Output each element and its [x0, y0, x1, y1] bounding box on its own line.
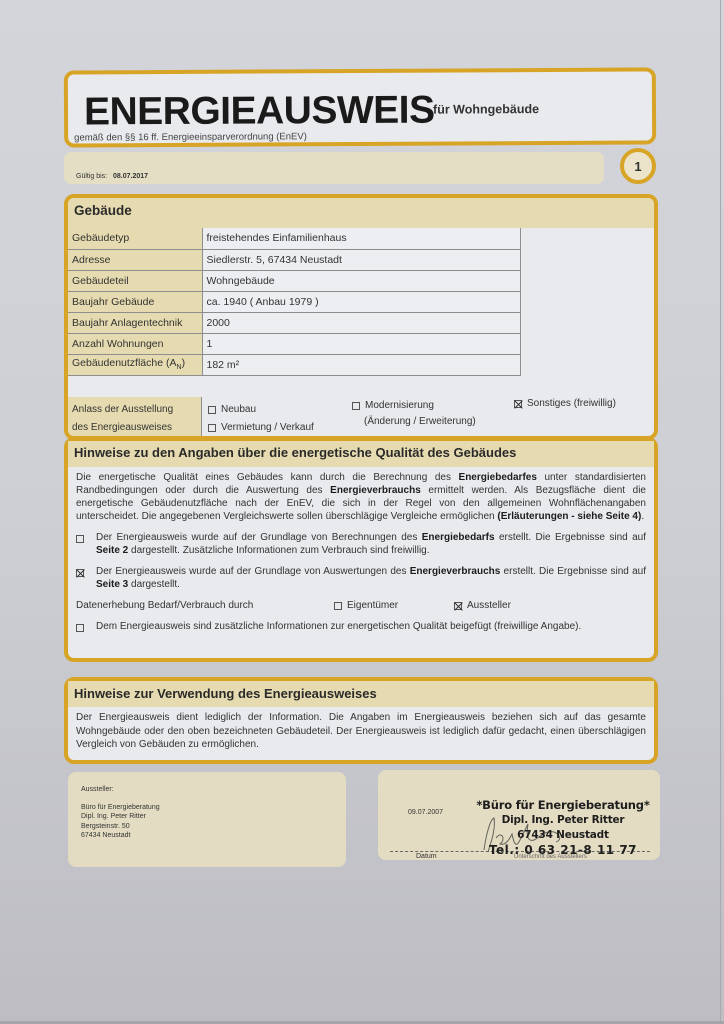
usage-hints-section: Hinweise zur Verwendung des Energieauswe…	[64, 677, 658, 764]
page-number-badge: 1	[620, 148, 656, 184]
page-edge	[720, 0, 721, 1024]
checkbox-sonstiges[interactable]	[514, 400, 522, 408]
validity-bar: Gültig bis: 08.07.2017	[64, 152, 604, 184]
hints-heading: Hinweise zu den Angaben über die energet…	[68, 441, 654, 467]
building-row-label: Gebäudeteil	[68, 270, 202, 291]
issuer-line: Büro für Energieberatung	[81, 803, 333, 813]
date-label: Datum	[416, 853, 437, 860]
building-row-value: freistehendes Einfamilienhaus	[202, 228, 520, 249]
validity-label: Gültig bis:	[76, 173, 107, 180]
checkbox-energy-demand[interactable]	[76, 535, 84, 543]
usage-heading: Hinweise zur Verwendung des Energieauswe…	[68, 681, 654, 707]
issuer-line: 67434 Neustadt	[81, 831, 333, 841]
reason-option-modernisierung[interactable]: Modernisierung (Änderung / Erweiterung)	[352, 399, 476, 429]
checkbox-eigentuemer[interactable]	[334, 602, 342, 610]
building-row-label: Baujahr Gebäude	[68, 291, 202, 312]
data-collection-label: Datenerhebung Bedarf/Verbrauch durch	[76, 599, 334, 612]
building-table: Gebäudetypfreistehendes EinfamilienhausA…	[68, 228, 521, 376]
building-row-label: Anzahl Wohnungen	[68, 333, 202, 354]
reason-option-sonstiges[interactable]: Sonstiges (freiwillig)	[514, 397, 616, 411]
building-row: AdresseSiedlerstr. 5, 67434 Neustadt	[68, 249, 520, 270]
data-collection-option-owner[interactable]: Eigentümer	[334, 599, 454, 612]
validity-date: 08.07.2017	[113, 173, 148, 180]
hint-option-consumption[interactable]: Der Energieausweis wurde auf der Grundla…	[76, 565, 646, 591]
building-row: Anzahl Wohnungen1	[68, 333, 520, 354]
checkbox-energy-consumption[interactable]	[76, 569, 84, 577]
header-frame: ENERGIEAUSWEIS für Wohngebäude gemäß den…	[64, 67, 656, 147]
building-row-value: Wohngebäude	[202, 270, 520, 291]
building-row-value: Siedlerstr. 5, 67434 Neustadt	[202, 249, 520, 270]
building-section: Gebäude Gebäudetypfreistehendes Einfamil…	[64, 194, 658, 440]
issuer-label: Aussteller:	[81, 785, 333, 795]
document-title: ENERGIEAUSWEIS	[84, 89, 435, 135]
signature-box: 09.07.2007 Datum Unterschrift des Ausste…	[378, 770, 660, 860]
issuer-line: Dipl. Ing. Peter Ritter	[81, 812, 333, 822]
building-row-label: Baujahr Anlagentechnik	[68, 312, 202, 333]
document-subtitle: gemäß den §§ 16 ff. Energieeinsparverord…	[74, 131, 307, 143]
signature-date: 09.07.2007	[408, 809, 443, 816]
energy-quality-hints-section: Hinweise zu den Angaben über die energet…	[64, 437, 658, 662]
data-collection-option-issuer[interactable]: Aussteller	[454, 599, 511, 612]
building-heading: Gebäude	[68, 198, 654, 228]
reason-option-vermietung[interactable]: Vermietung / Verkauf	[208, 421, 314, 435]
issuance-reason-label: Anlass der Ausstellung des Energieauswei…	[68, 397, 202, 440]
checkbox-vermietung-verkauf[interactable]	[208, 424, 216, 432]
building-row-label: Adresse	[68, 249, 202, 270]
reason-option-neubau[interactable]: Neubau	[208, 403, 256, 417]
building-row: GebäudeteilWohngebäude	[68, 270, 520, 291]
building-row-value: 1	[202, 333, 520, 354]
issuance-reason-row: Anlass der Ausstellung des Energieauswei…	[68, 397, 658, 440]
building-row-label: Gebäudetyp	[68, 228, 202, 249]
building-row-value: 182 m²	[202, 354, 520, 375]
data-collection-row: Datenerhebung Bedarf/Verbrauch durch Eig…	[76, 599, 646, 612]
building-row-value: ca. 1940 ( Anbau 1979 )	[202, 291, 520, 312]
checkbox-neubau[interactable]	[208, 406, 216, 414]
issuer-stamp: *Büro für Energieberatung* Dipl. Ing. Pe…	[468, 798, 658, 858]
hint-option-demand[interactable]: Der Energieausweis wurde auf der Grundla…	[76, 531, 646, 557]
building-row: Baujahr Anlagentechnik2000	[68, 312, 520, 333]
building-row-value: 2000	[202, 312, 520, 333]
building-row: Baujahr Gebäudeca. 1940 ( Anbau 1979 )	[68, 291, 520, 312]
checkbox-aussteller[interactable]	[454, 602, 462, 610]
issuer-line: Bergsteinstr. 50	[81, 822, 333, 832]
usage-text: Der Energieausweis dient lediglich der I…	[68, 707, 654, 756]
hint-option-additional-info[interactable]: Dem Energieausweis sind zusätzliche Info…	[76, 620, 646, 633]
issuer-box: Aussteller: Büro für Energieberatung Dip…	[68, 772, 346, 867]
building-row-label: Gebäudenutzfläche (AN)	[68, 354, 202, 375]
checkbox-modernisierung[interactable]	[352, 402, 360, 410]
document-title-suffix: für Wohngebäude	[433, 102, 539, 117]
building-row: Gebäudenutzfläche (AN)182 m²	[68, 354, 520, 375]
building-row: Gebäudetypfreistehendes Einfamilienhaus	[68, 228, 520, 249]
hints-intro: Die energetische Qualität eines Gebäudes…	[76, 471, 646, 523]
checkbox-additional-info[interactable]	[76, 624, 84, 632]
